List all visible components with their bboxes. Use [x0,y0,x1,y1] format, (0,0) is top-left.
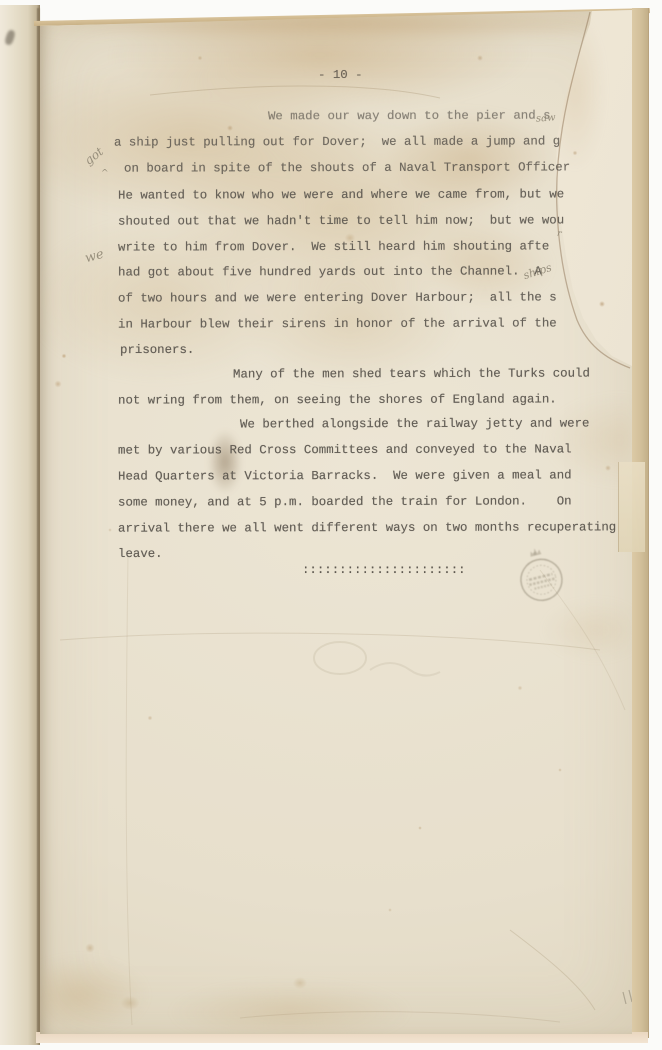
gutter-fold-line [37,8,40,1038]
pencil-annotation-5: ships [522,262,553,281]
stamp-crown-icon [529,547,542,557]
scanned-document-page: - 10 - We made our way down to the pier … [0,0,662,1050]
repair-tape-fragment [618,462,645,552]
pencil-annotation-6: r [556,230,562,240]
pencil-annotation-2: got [82,145,105,167]
typed-page: - 10 - We made our way down to the pier … [40,10,632,1034]
pencil-annotations-layer: sawgot^weshipsr [40,10,632,1034]
pencil-annotation-3: ^ [101,170,109,179]
pencil-annotation-4: we [84,248,106,265]
pencil-annotation-1: saw [536,113,556,124]
book-gutter-page-stack [0,5,40,1045]
